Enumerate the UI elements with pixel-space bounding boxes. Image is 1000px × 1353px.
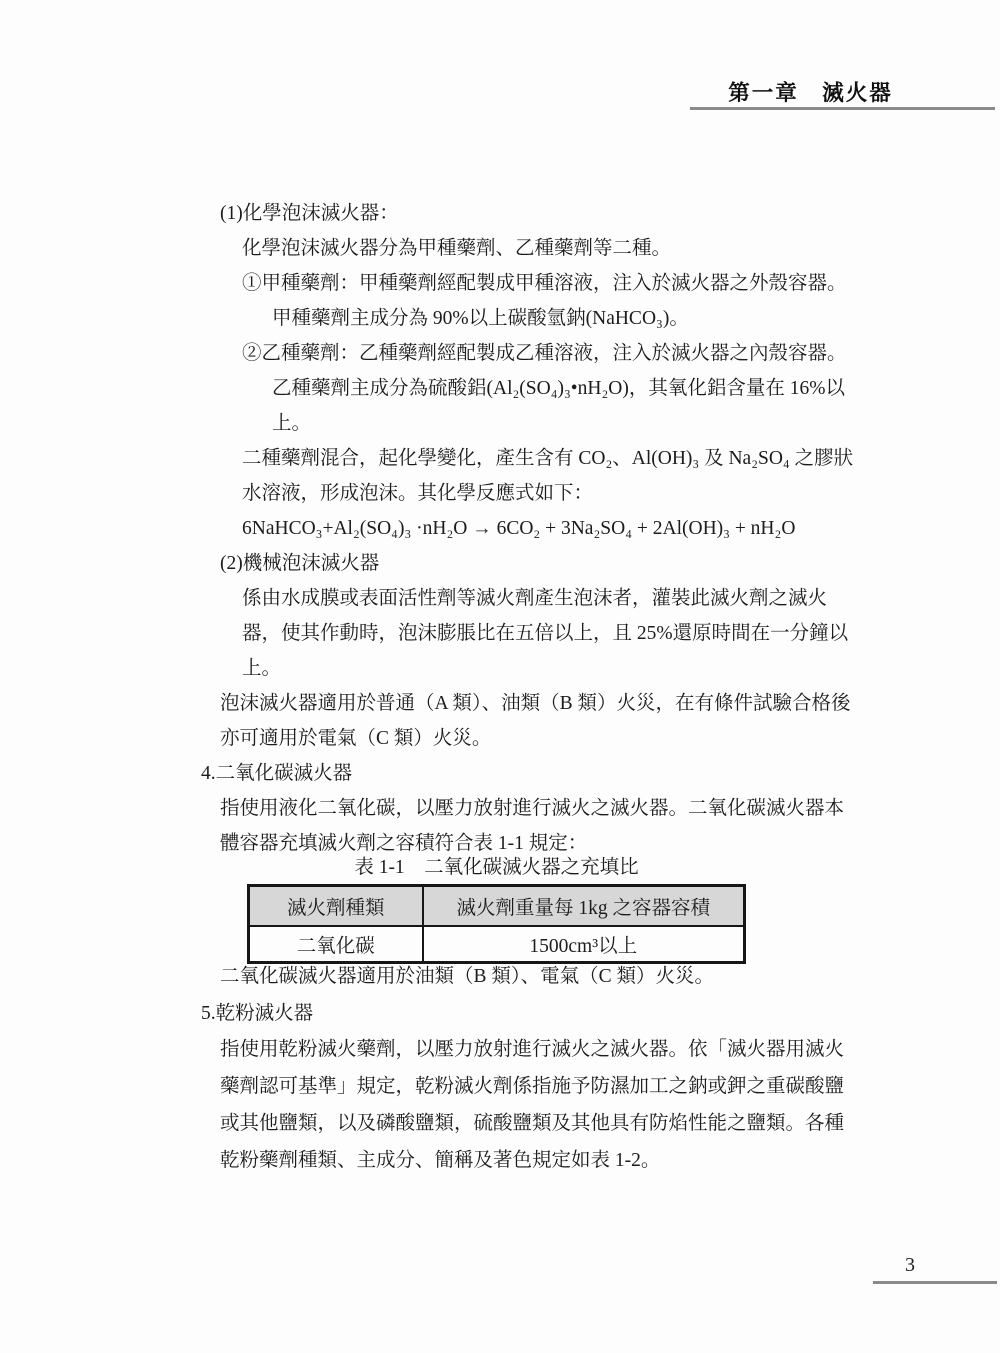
- text-line: 泡沫滅火器適用於普通（A 類）、油類（B 類）火災，在有條件試驗合格後: [220, 686, 1000, 721]
- filling-ratio-table: 滅火劑種類滅火劑重量每 1kg 之容器容積 二氧化碳1500cm³以上: [247, 884, 746, 964]
- page-footer: 3: [873, 1254, 997, 1284]
- body-text-before-table: (1)化學泡沫滅火器：化學泡沫滅火器分為甲種藥劑、乙種藥劑等二種。①甲種藥劑：甲…: [0, 196, 1000, 861]
- table-header-row: 滅火劑種類滅火劑重量每 1kg 之容器容積: [249, 886, 745, 927]
- chapter-title: 第一章 滅火器: [728, 81, 893, 105]
- text-line: 上。: [242, 651, 1000, 686]
- table-header-cell: 滅火劑種類: [249, 886, 423, 927]
- table-header-cell: 滅火劑重量每 1kg 之容器容積: [423, 886, 745, 927]
- text-line: 5.乾粉滅火器: [201, 996, 1000, 1033]
- table-cell: 二氧化碳: [249, 926, 423, 963]
- text-line: (1)化學泡沫滅火器：: [220, 196, 1000, 231]
- text-line: 或其他鹽類，以及磷酸鹽類，硫酸鹽類及其他具有防焰性能之鹽類。各種: [220, 1106, 1000, 1143]
- text-line: 上。: [272, 406, 1000, 441]
- text-line: 指使用乾粉滅火藥劑，以壓力放射進行滅火之滅火器。依「滅火器用滅火: [220, 1032, 1000, 1069]
- text-line: 乙種藥劑主成分為硫酸鋁(Al₂(SO₄)₃•nH₂O)，其氧化鋁含量在 16%以: [272, 371, 1000, 406]
- text-line: (2)機械泡沫滅火器: [220, 546, 1000, 581]
- text-line: 係由水成膜或表面活性劑等滅火劑產生泡沫者，灌裝此滅火劑之滅火: [242, 581, 1000, 616]
- chapter-header: 第一章 滅火器: [690, 76, 995, 110]
- text-line: 藥劑認可基準」規定，乾粉滅火劑係指施予防濕加工之鈉或鉀之重碳酸鹽: [220, 1069, 1000, 1106]
- text-line: 二種藥劑混合，起化學變化，產生含有 CO₂、Al(OH)₃ 及 Na₂SO₄ 之…: [242, 441, 1000, 476]
- page-number: 3: [905, 1254, 915, 1276]
- table-row: 二氧化碳1500cm³以上: [249, 926, 745, 963]
- table-cell: 1500cm³以上: [423, 926, 745, 963]
- text-line: 化學泡沫滅火器分為甲種藥劑、乙種藥劑等二種。: [242, 231, 1000, 266]
- text-line: 水溶液，形成泡沫。其化學反應式如下：: [242, 476, 1000, 511]
- text-line: 指使用液化二氧化碳，以壓力放射進行滅火之滅火器。二氧化碳滅火器本: [220, 791, 1000, 826]
- text-line: ②乙種藥劑：乙種藥劑經配製成乙種溶液，注入於滅火器之內殼容器。: [242, 336, 1000, 371]
- text-line: ①甲種藥劑：甲種藥劑經配製成甲種溶液，注入於滅火器之外殼容器。: [242, 266, 1000, 301]
- text-line: 4.二氧化碳滅火器: [201, 756, 1000, 791]
- table-body: 二氧化碳1500cm³以上: [249, 926, 745, 963]
- text-line: 二氧化碳滅火器適用於油類（B 類）、電氣（C 類）火災。: [220, 959, 1000, 996]
- text-line: 6NaHCO₃+Al₂(SO₄)₃ ·nH₂O → 6CO₂ + 3Na₂SO₄…: [242, 511, 1000, 546]
- text-line: 器，使其作動時，泡沫膨脹比在五倍以上，且 25%還原時間在一分鐘以: [242, 616, 1000, 651]
- text-line: 亦可適用於電氣（C 類）火災。: [220, 721, 1000, 756]
- body-text-after-table: 二氧化碳滅火器適用於油類（B 類）、電氣（C 類）火災。5.乾粉滅火器指使用乾粉…: [0, 959, 1000, 1179]
- text-line: 乾粉藥劑種類、主成分、簡稱及著色規定如表 1-2。: [220, 1143, 1000, 1180]
- document-page: 第一章 滅火器 (1)化學泡沫滅火器：化學泡沫滅火器分為甲種藥劑、乙種藥劑等二種…: [0, 0, 1000, 1353]
- table-1-1-title: 表 1-1 二氧化碳滅火器之充填比: [247, 850, 746, 885]
- text-line: 甲種藥劑主成分為 90%以上碳酸氫鈉(NaHCO₃)。: [272, 301, 1000, 336]
